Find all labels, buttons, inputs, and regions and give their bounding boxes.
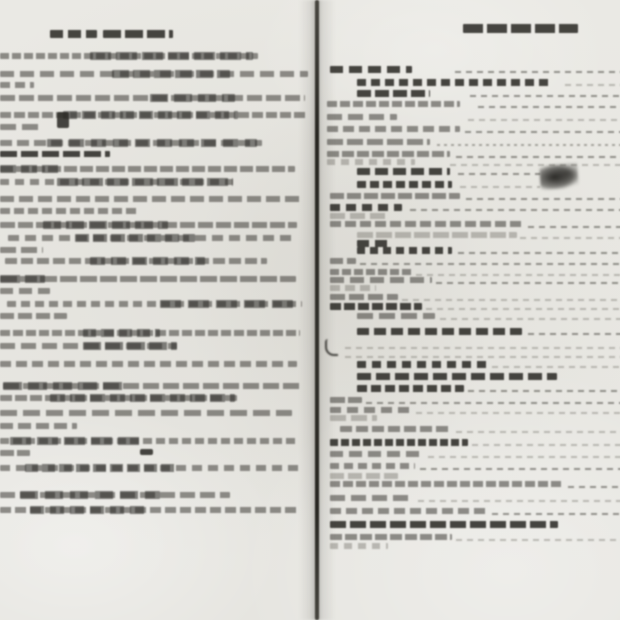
- form-row-label: [330, 463, 415, 469]
- form-row-fill-rule: [455, 71, 620, 73]
- form-row-label: [330, 439, 468, 446]
- form-row-label: [357, 385, 464, 392]
- form-row-fill-rule: [402, 299, 620, 301]
- form-row-fill-rule: [460, 186, 540, 188]
- form-row-fill-rule: [565, 84, 620, 86]
- form-row-label: [357, 247, 452, 254]
- form-row-fill-rule: [492, 366, 620, 368]
- handwritten-stamp-mark: [539, 163, 579, 191]
- form-row-label: [330, 285, 376, 291]
- form-row-fill-rule: [418, 500, 620, 502]
- form-row-label: [330, 521, 558, 528]
- form-row-label: [330, 415, 377, 421]
- form-row-label: [330, 397, 362, 403]
- form-row-label: [330, 508, 488, 514]
- form-row-fill-rule: [568, 486, 620, 488]
- form-row-label: [327, 126, 460, 132]
- form-row-label: [330, 473, 398, 479]
- form-row-fill-rule: [366, 402, 620, 404]
- form-row-fill-rule: [458, 173, 540, 175]
- form-row-label: [330, 204, 402, 211]
- form-row-label: [327, 151, 450, 157]
- scanned-book-spread: [0, 0, 620, 620]
- form-row-fill-rule: [520, 237, 620, 239]
- form-row-label: [330, 303, 422, 310]
- form-row-fill-rule: [468, 390, 620, 392]
- form-row-fill-rule: [465, 131, 620, 133]
- form-row-label: [357, 181, 452, 188]
- form-row-label: [330, 269, 412, 275]
- form-row-label: [327, 101, 460, 107]
- form-row-fill-rule: [428, 456, 620, 458]
- form-row-label: [357, 90, 430, 97]
- form-row-fill-rule: [426, 308, 620, 310]
- right-page-heading-blob: [463, 24, 578, 33]
- form-row-fill-rule: [450, 164, 620, 166]
- form-row-label: [330, 294, 398, 300]
- form-row-fill-rule: [456, 539, 620, 541]
- form-row-label: [330, 407, 412, 413]
- form-row-label: [327, 139, 430, 145]
- form-row-fill-rule: [345, 347, 620, 349]
- form-row-fill-rule: [528, 226, 620, 228]
- form-row-fill-rule: [528, 333, 620, 335]
- form-row-label: [357, 313, 435, 319]
- form-row-fill-rule: [420, 468, 620, 470]
- form-row-label: [330, 213, 390, 219]
- form-row-fill-rule: [436, 282, 620, 284]
- form-row-label: [330, 221, 522, 227]
- form-row-fill-rule: [456, 156, 620, 158]
- form-row-label: [357, 168, 450, 175]
- form-row-fill-rule: [478, 106, 620, 108]
- form-row-fill-rule: [416, 274, 620, 276]
- form-row-label: [357, 232, 517, 238]
- form-row-label: [327, 159, 415, 165]
- form-row-label: [330, 66, 412, 73]
- form-row-fill-rule: [456, 431, 620, 433]
- form-row-label: [330, 481, 564, 487]
- form-row-label: [357, 240, 389, 247]
- form-row-label: [330, 193, 460, 199]
- scan-blur-layer: [0, 0, 620, 620]
- form-row-fill-rule: [437, 144, 620, 146]
- form-row-label: [357, 373, 557, 380]
- form-row-label: [357, 361, 489, 368]
- form-row-fill-rule: [468, 119, 620, 121]
- page-right-form: [0, 0, 620, 620]
- form-row-fill-rule: [440, 318, 620, 320]
- form-row-fill-rule: [416, 412, 620, 414]
- form-row-fill-rule: [458, 252, 620, 254]
- form-row-label: [340, 426, 452, 432]
- form-row-fill-rule: [470, 95, 620, 97]
- form-row-label: [330, 543, 388, 549]
- form-row-label: [330, 451, 422, 457]
- form-row-fill-rule: [466, 198, 620, 200]
- form-row-label: [357, 328, 522, 335]
- form-row-label: [357, 79, 550, 86]
- form-row-label: [327, 114, 397, 120]
- form-row-label: [330, 277, 432, 283]
- form-row-fill-rule: [345, 356, 620, 358]
- form-brace-mark: [325, 339, 338, 356]
- form-row-label: [330, 495, 414, 501]
- form-row-fill-rule: [410, 209, 620, 211]
- form-row-fill-rule: [360, 263, 620, 265]
- form-row-label: [330, 258, 356, 264]
- form-row-fill-rule: [472, 444, 620, 446]
- form-row-fill-rule: [492, 513, 620, 515]
- form-row-label: [330, 534, 452, 540]
